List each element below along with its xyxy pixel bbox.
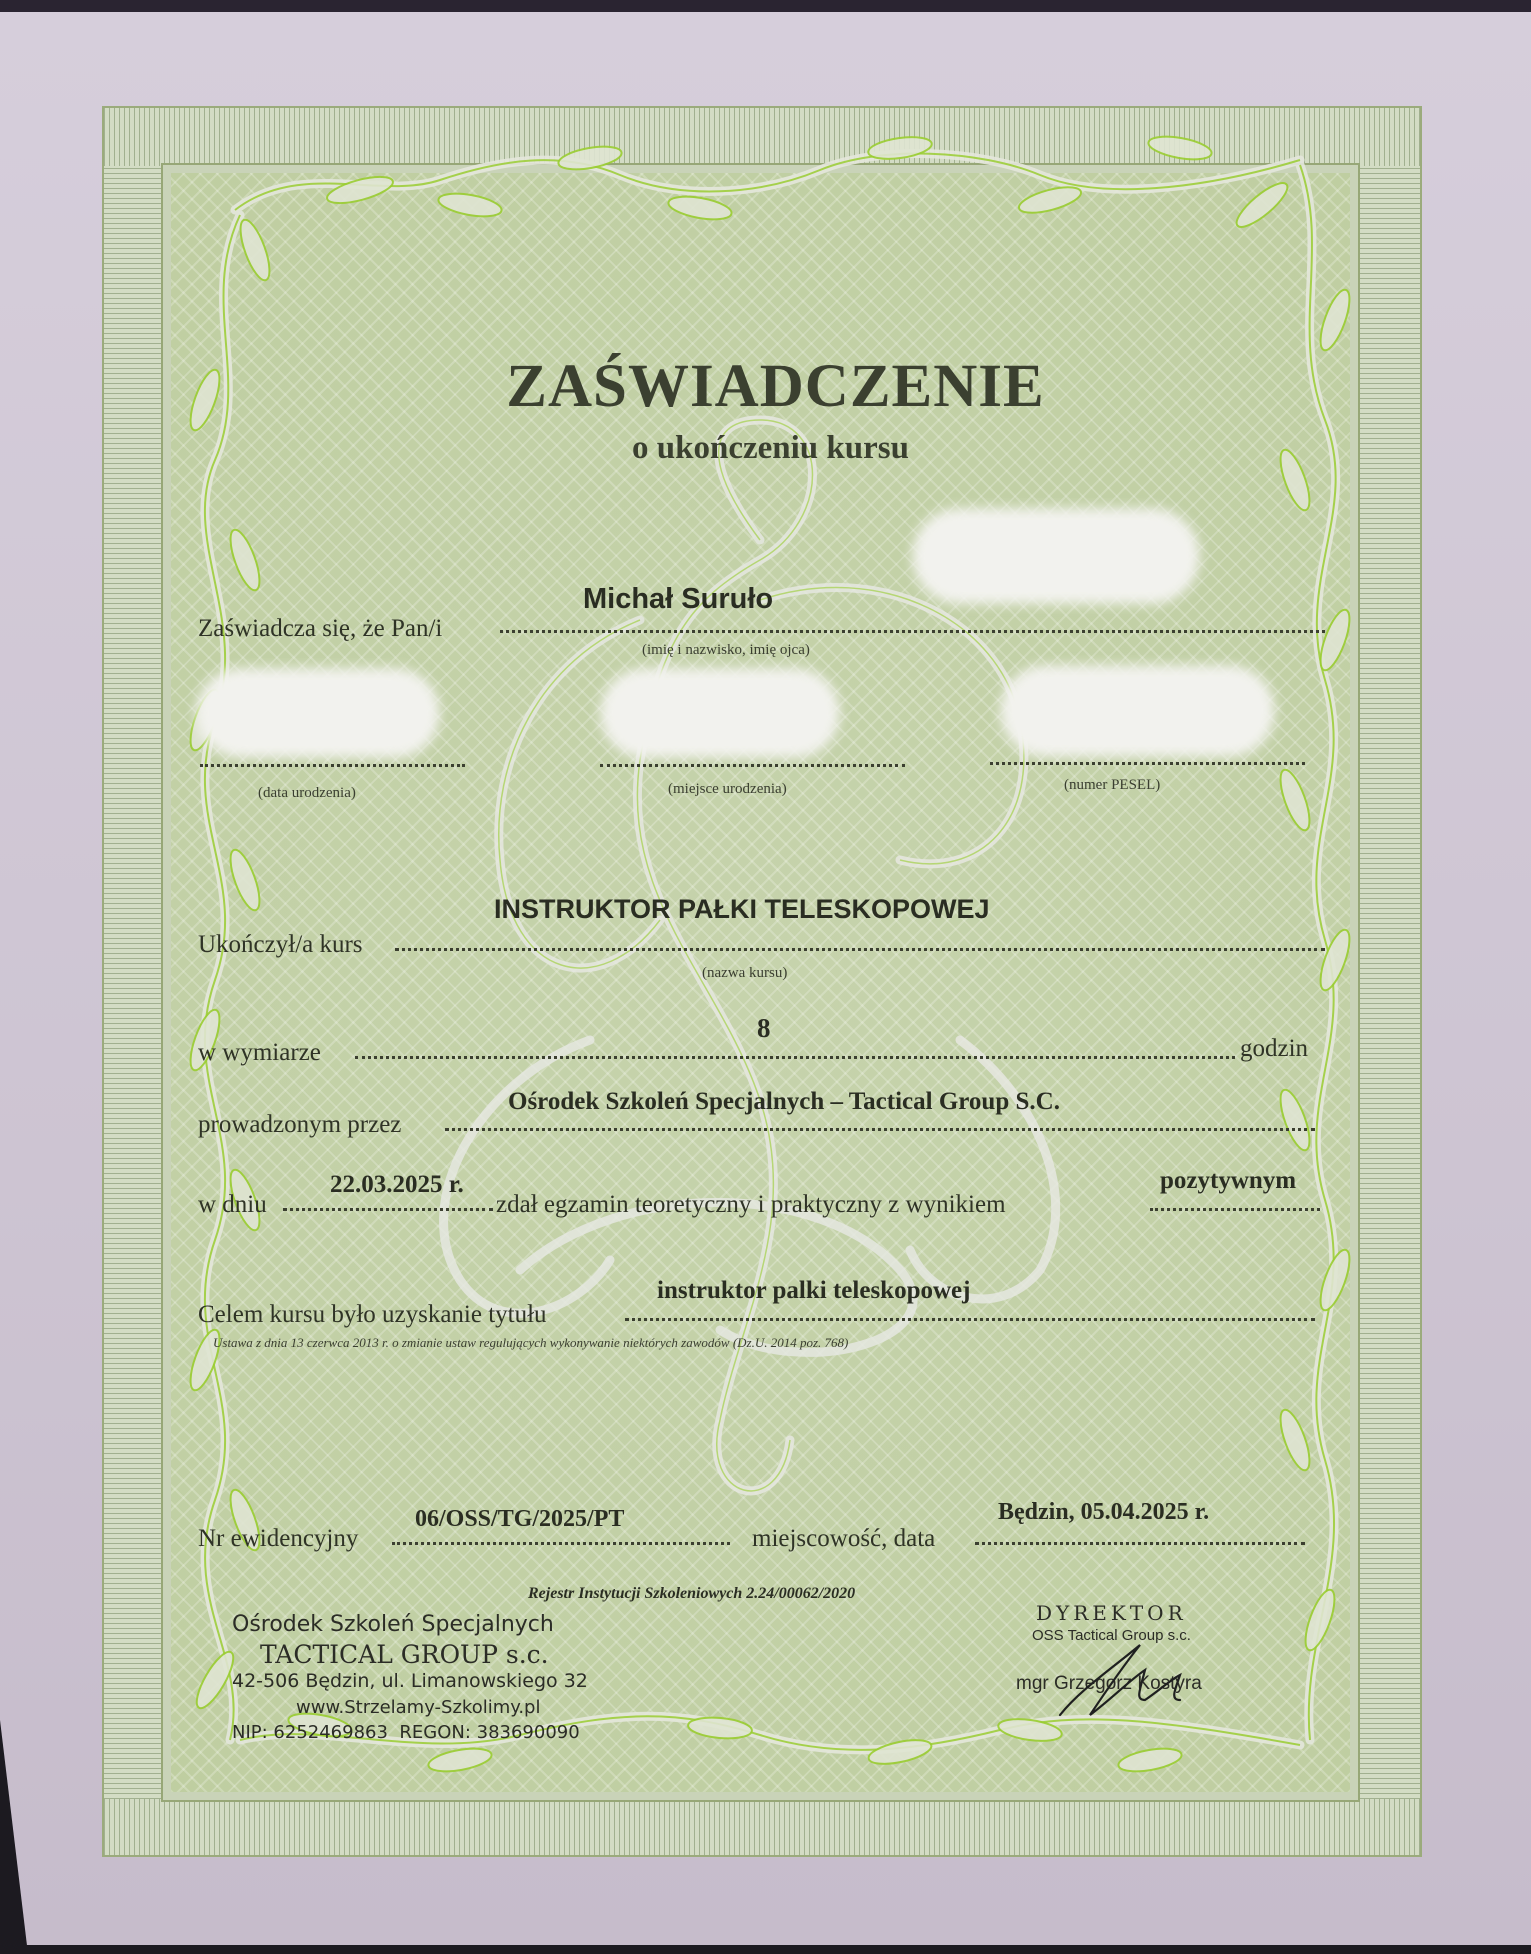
place-date-value: Będzin, 05.04.2025 r.	[998, 1500, 1209, 1524]
register-line: Rejestr Instytucji Szkoleniowych 2.24/00…	[528, 1586, 855, 1602]
exam-label-prefix: w dniu	[198, 1192, 267, 1217]
registry-number-value: 06/OSS/TG/2025/PT	[415, 1507, 624, 1531]
stamp-company-ids: NIP: 6252469863 REGON: 383690090	[232, 1724, 580, 1742]
exam-label-middle: zdał egzamin teoretyczny i praktyczny z …	[496, 1192, 1006, 1217]
birth-date-hint: (data urodzenia)	[258, 786, 356, 801]
goal-dotted-line	[625, 1318, 1315, 1321]
redacted-birth-place	[600, 668, 840, 758]
exam-date-dotted-line	[283, 1208, 493, 1211]
stamp-company-line1: Ośrodek Szkoleń Specjalnych	[232, 1614, 554, 1636]
redacted-father-name	[912, 508, 1200, 604]
organizer-value: Ośrodek Szkoleń Specjalnych – Tactical G…	[508, 1089, 1060, 1114]
director-title: DYREKTOR	[1036, 1603, 1187, 1623]
registry-dotted-line	[392, 1542, 730, 1545]
birth-place-hint: (miejsce urodzenia)	[668, 782, 787, 797]
person-name-value: Michał Suruło	[583, 585, 773, 614]
stamp-company-line2: TACTICAL GROUP s.c.	[260, 1642, 549, 1667]
hours-label: w wymiarze	[198, 1040, 321, 1065]
hours-value: 8	[757, 1015, 771, 1042]
hours-dotted-line	[355, 1056, 1235, 1059]
document-subtitle: o ukończeniu kursu	[0, 432, 1531, 465]
photo-edge-top	[0, 0, 1531, 12]
goal-value: instruktor palki teleskopowej	[657, 1278, 970, 1303]
photo-edge-bottom	[0, 1945, 1531, 1954]
place-date-dotted-line	[975, 1542, 1305, 1545]
pesel-dotted-line	[990, 762, 1305, 765]
document-title: ZAŚWIADCZENIE	[0, 356, 1531, 417]
redacted-birth-date	[196, 668, 440, 758]
course-label: Ukończył/a kurs	[198, 932, 363, 957]
hours-suffix: godzin	[1240, 1036, 1308, 1061]
stamp-company-website: www.Strzelamy-Szkolimy.pl	[296, 1699, 540, 1717]
course-hint: (nazwa kursu)	[702, 966, 787, 981]
legal-note: Ustawa z dnia 13 czerwca 2013 r. o zmian…	[213, 1336, 848, 1349]
person-dotted-line	[500, 630, 1325, 633]
stamp-company-address: 42-506 Będzin, ul. Limanowskiego 32	[232, 1672, 588, 1691]
redacted-pesel	[1000, 665, 1275, 757]
photo-edge-corner	[0, 1720, 28, 1954]
place-date-label: miejscowość, data	[752, 1526, 935, 1551]
pesel-hint: (numer PESEL)	[1064, 778, 1160, 793]
organizer-label: prowadzonym przez	[198, 1112, 401, 1137]
course-name-value: INSTRUKTOR PAŁKI TELESKOPOWEJ	[494, 896, 990, 923]
signature-icon	[1050, 1640, 1210, 1720]
exam-result-dotted-line	[1150, 1208, 1320, 1211]
person-hint: (imię i nazwisko, imię ojca)	[642, 643, 810, 658]
exam-date-value: 22.03.2025 r.	[330, 1172, 464, 1197]
registry-number-label: Nr ewidencyjny	[198, 1526, 358, 1551]
course-dotted-line	[395, 948, 1325, 951]
organizer-dotted-line	[445, 1128, 1315, 1131]
birth-date-dotted-line	[200, 764, 465, 767]
person-label: Zaświadcza się, że Pan/i	[198, 616, 442, 641]
goal-label: Celem kursu było uzyskanie tytułu	[198, 1302, 547, 1327]
birth-place-dotted-line	[600, 764, 905, 767]
exam-result-value: pozytywnym	[1160, 1168, 1296, 1193]
